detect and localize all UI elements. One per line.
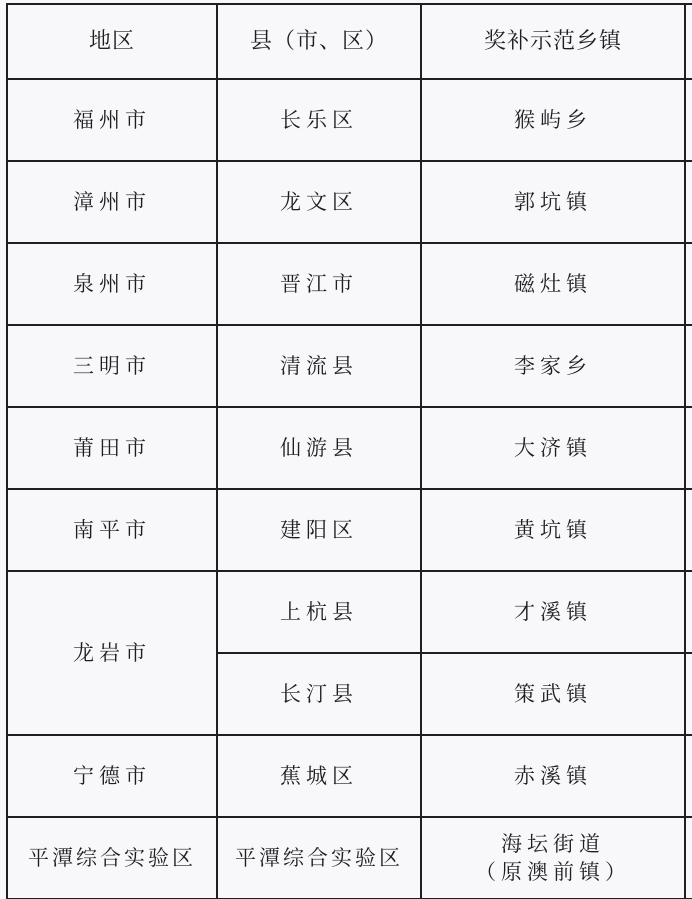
cell-extra [685, 653, 692, 735]
cell-county: 长乐区 [217, 79, 421, 161]
cell-town: 海坛街道 （原澳前镇） [421, 817, 685, 899]
table-row: 龙岩市 上杭县 才溪镇 [7, 571, 692, 653]
table-row: 南平市 建阳区 黄坑镇 [7, 489, 692, 571]
cell-town: 黄坑镇 [421, 489, 685, 571]
cell-town: 策武镇 [421, 653, 685, 735]
cell-extra [685, 489, 692, 571]
document-page: 地区 县（市、区） 奖补示范乡镇 福州市 长乐区 猴屿乡 漳州市 龙文区 郭坑镇… [0, 0, 692, 899]
cell-extra [685, 407, 692, 489]
cell-county: 上杭县 [217, 571, 421, 653]
cell-region: 莆田市 [7, 407, 217, 489]
town-two-line: 海坛街道 （原澳前镇） [475, 830, 631, 887]
cell-town: 大济镇 [421, 407, 685, 489]
header-extra-column [685, 4, 692, 79]
cell-county: 长汀县 [217, 653, 421, 735]
header-town: 奖补示范乡镇 [421, 4, 685, 79]
cell-extra [685, 325, 692, 407]
cell-county: 龙文区 [217, 161, 421, 243]
cell-county: 建阳区 [217, 489, 421, 571]
cell-county: 晋江市 [217, 243, 421, 325]
cell-region: 福州市 [7, 79, 217, 161]
cell-county: 仙游县 [217, 407, 421, 489]
table-row: 宁德市 蕉城区 赤溪镇 [7, 735, 692, 817]
header-region: 地区 [7, 4, 217, 79]
cell-town: 李家乡 [421, 325, 685, 407]
cell-county: 平潭综合实验区 [217, 817, 421, 899]
cell-county: 清流县 [217, 325, 421, 407]
cell-region: 泉州市 [7, 243, 217, 325]
cell-town: 郭坑镇 [421, 161, 685, 243]
town-line-2: （原澳前镇） [475, 858, 631, 886]
cell-extra [685, 161, 692, 243]
cell-extra [685, 735, 692, 817]
cell-region-merged: 龙岩市 [7, 571, 217, 735]
cell-town: 才溪镇 [421, 571, 685, 653]
header-county: 县（市、区） [217, 4, 421, 79]
table-row: 泉州市 晋江市 磁灶镇 [7, 243, 692, 325]
cell-region: 漳州市 [7, 161, 217, 243]
cell-extra [685, 817, 692, 899]
town-line-1: 海坛街道 [475, 830, 631, 858]
table-row: 漳州市 龙文区 郭坑镇 [7, 161, 692, 243]
table-header-row: 地区 县（市、区） 奖补示范乡镇 [7, 4, 692, 79]
table-row: 平潭综合实验区 平潭综合实验区 海坛街道 （原澳前镇） [7, 817, 692, 899]
table-row: 莆田市 仙游县 大济镇 [7, 407, 692, 489]
cell-extra [685, 571, 692, 653]
cell-region: 平潭综合实验区 [7, 817, 217, 899]
cell-region: 宁德市 [7, 735, 217, 817]
cell-extra [685, 79, 692, 161]
cell-town: 磁灶镇 [421, 243, 685, 325]
table-row: 福州市 长乐区 猴屿乡 [7, 79, 692, 161]
cell-town: 猴屿乡 [421, 79, 685, 161]
cell-region: 南平市 [7, 489, 217, 571]
cell-extra [685, 243, 692, 325]
cell-town: 赤溪镇 [421, 735, 685, 817]
table-row: 三明市 清流县 李家乡 [7, 325, 692, 407]
award-demonstration-towns-table: 地区 县（市、区） 奖补示范乡镇 福州市 长乐区 猴屿乡 漳州市 龙文区 郭坑镇… [6, 3, 692, 899]
cell-region: 三明市 [7, 325, 217, 407]
cell-county: 蕉城区 [217, 735, 421, 817]
